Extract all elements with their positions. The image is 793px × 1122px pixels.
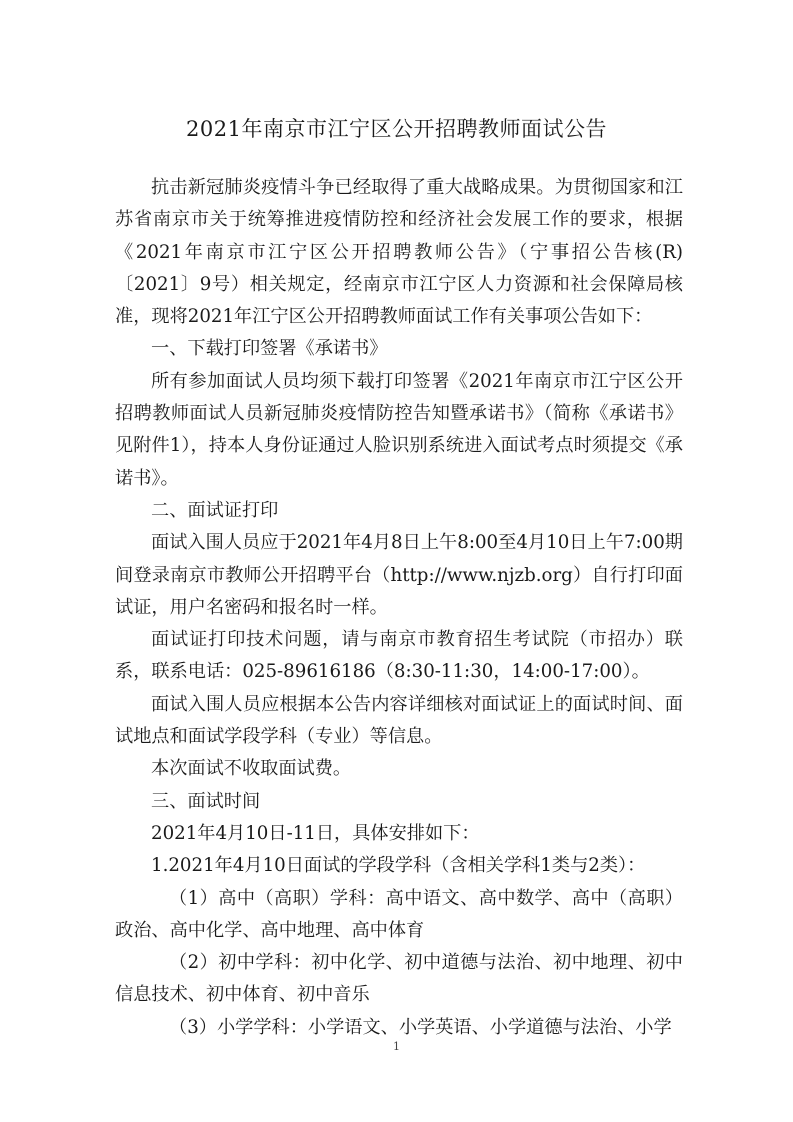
paragraph-day1-subjects: 1.2021年4月10日面试的学段学科（含相关学科1类与2类）：	[115, 850, 683, 882]
section-heading-2: 二、面试证打印	[115, 495, 683, 527]
paragraph-commitment: 所有参加面试人员均须下载打印签署《2021年南京市江宁区公开招聘教师面试人员新冠…	[115, 366, 683, 495]
section-heading-3: 三、面试时间	[115, 786, 683, 818]
document-title: 2021年南京市江宁区公开招聘教师面试公告	[0, 112, 793, 146]
document-body: 抗击新冠肺炎疫情斗争已经取得了重大战略成果。为贯彻国家和江苏省南京市关于统筹推进…	[115, 172, 683, 1044]
section-heading-1: 一、下载打印签署《承诺书》	[115, 333, 683, 365]
intro-paragraph: 抗击新冠肺炎疫情斗争已经取得了重大战略成果。为贯彻国家和江苏省南京市关于统筹推进…	[115, 172, 683, 333]
paragraph-tech-support: 面试证打印技术问题，请与南京市教育招生考试院（市招办）联系，联系电话：025-8…	[115, 624, 683, 689]
paragraph-dates: 2021年4月10日-11日，具体安排如下：	[115, 818, 683, 850]
page-number: 1	[0, 1040, 793, 1053]
list-item-high-school: （1）高中（高职）学科：高中语文、高中数学、高中（高职）政治、高中化学、高中地理…	[115, 883, 683, 948]
paragraph-print-period: 面试入围人员应于2021年4月8日上午8:00至4月10日上午7:00期间登录南…	[115, 527, 683, 624]
paragraph-no-fee: 本次面试不收取面试费。	[115, 753, 683, 785]
paragraph-verify-info: 面试入围人员应根据本公告内容详细核对面试证上的面试时间、面试地点和面试学段学科（…	[115, 689, 683, 754]
list-item-middle-school: （2）初中学科：初中化学、初中道德与法治、初中地理、初中信息技术、初中体育、初中…	[115, 947, 683, 1012]
document-page: 2021年南京市江宁区公开招聘教师面试公告 抗击新冠肺炎疫情斗争已经取得了重大战…	[0, 0, 793, 1122]
